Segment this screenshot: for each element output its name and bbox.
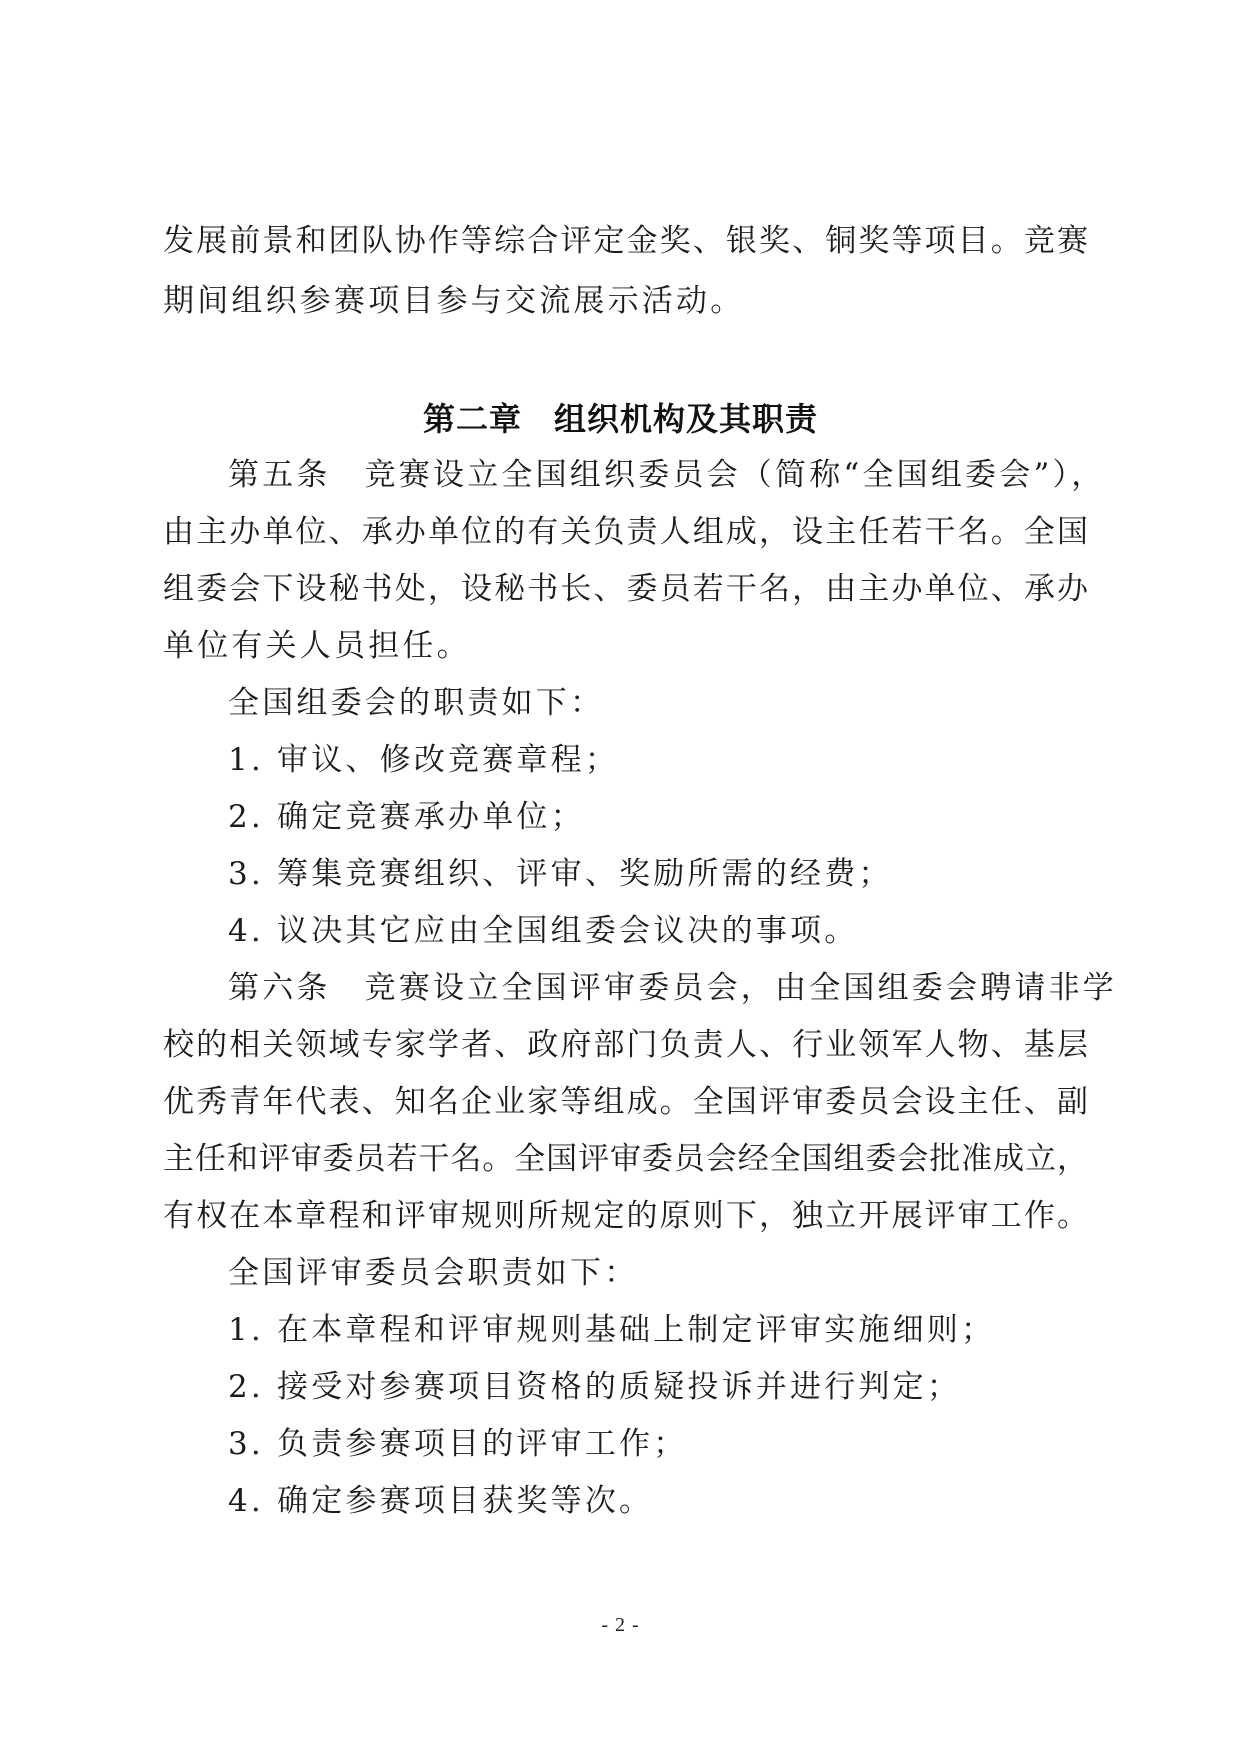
article6-label: 第六条 [228,968,331,1008]
article6-duty-4: 4. 确定参赛项目获奖等次。 [228,1481,1088,1521]
intro-line-2: 期间组织参赛项目参与交流展示活动。 [163,281,1088,321]
article6-duty-2: 2. 接受对参赛项目资格的质疑投诉并进行判定； [228,1367,1088,1407]
article5-line-3: 组委会下设秘书处，设秘书长、委员若干名，由主办单位、承办 [163,569,1088,609]
article5-duty-2: 2. 确定竞赛承办单位； [228,797,1088,837]
article5-text-1: 竞赛设立全国组织委员会（简称“全国组委会”）， [365,457,1106,493]
article5-line-1: 第五条竞赛设立全国组织委员会（简称“全国组委会”）， [228,455,1088,495]
article5-duty-3: 3. 筹集竞赛组织、评审、奖励所需的经费； [228,854,1088,894]
article5-label: 第五条 [228,455,331,495]
article5-duties-intro: 全国组委会的职责如下： [228,683,1088,723]
chapter-heading: 第二章组织机构及其职责 [0,398,1241,440]
article6-duties-intro: 全国评审委员会职责如下： [228,1253,1088,1293]
document-page: 发展前景和团队协作等综合评定金奖、银奖、铜奖等项目。竞赛 期间组织参赛项目参与交… [0,0,1241,1755]
article6-text-1: 竞赛设立全国评审委员会，由全国组委会聘请非学 [365,970,1117,1006]
article5-duty-4: 4. 议决其它应由全国组委会议决的事项。 [228,911,1088,951]
page-number: - 2 - [0,1614,1241,1637]
article6-line-2: 校的相关领域专家学者、政府部门负责人、行业领军人物、基层 [163,1025,1088,1065]
article5-duty-1: 1. 审议、修改竞赛章程； [228,740,1088,780]
article6-line-1: 第六条竞赛设立全国评审委员会，由全国组委会聘请非学 [228,968,1088,1008]
article6-line-4: 主任和评审委员若干名。全国评审委员会经全国组委会批准成立， [163,1139,1088,1179]
article5-line-2: 由主办单位、承办单位的有关负责人组成，设主任若干名。全国 [163,512,1088,552]
intro-line-1: 发展前景和团队协作等综合评定金奖、银奖、铜奖等项目。竞赛 [163,221,1088,261]
article6-line-3: 优秀青年代表、知名企业家等组成。全国评审委员会设主任、副 [163,1082,1088,1122]
article5-line-4: 单位有关人员担任。 [163,626,1088,666]
article6-line-5: 有权在本章程和评审规则所规定的原则下，独立开展评审工作。 [163,1196,1088,1236]
chapter-number: 第二章 [423,400,522,438]
article6-duty-1: 1. 在本章程和评审规则基础上制定评审实施细则； [228,1310,1088,1350]
chapter-title: 组织机构及其职责 [554,400,818,438]
article6-duty-3: 3. 负责参赛项目的评审工作； [228,1424,1088,1464]
